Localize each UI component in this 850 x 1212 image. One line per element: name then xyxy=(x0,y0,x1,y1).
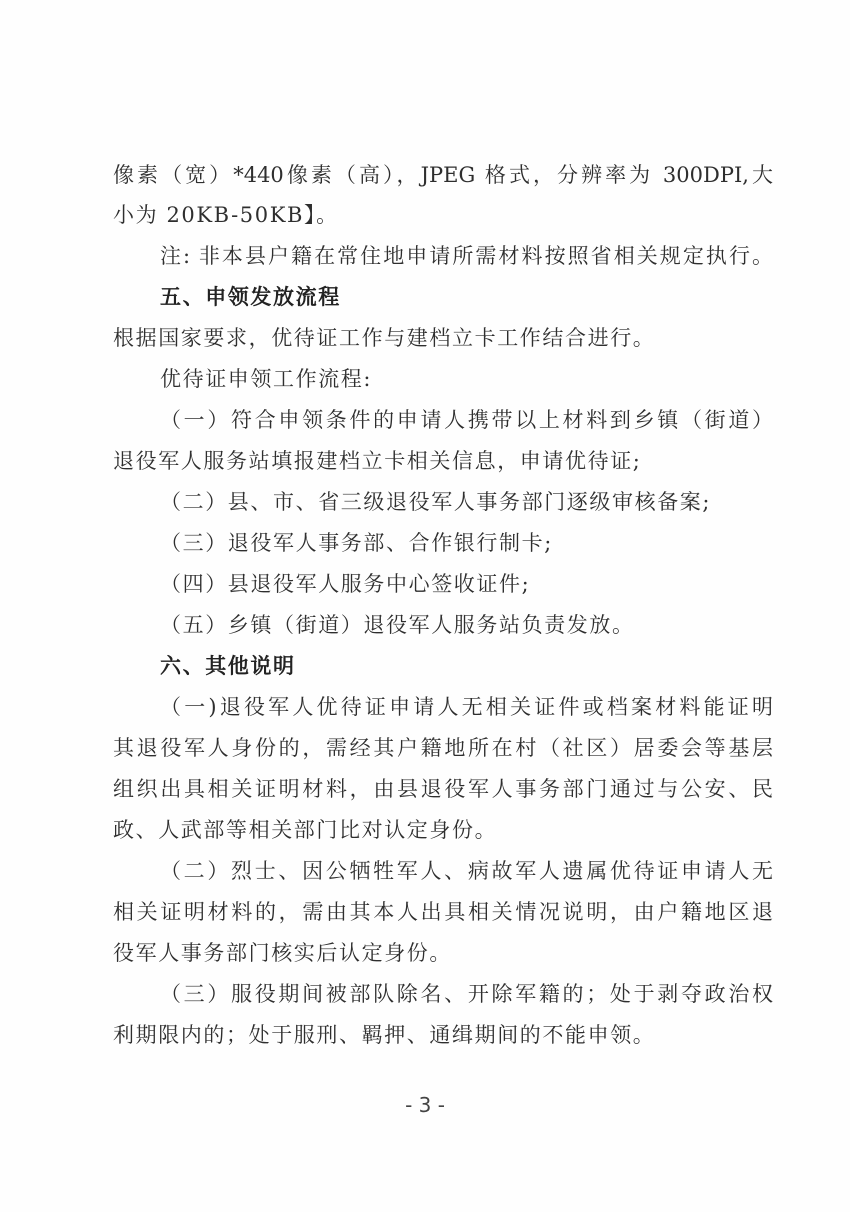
process-step-1-line-2: 退役军人服务站填报建档立卡相关信息，申请优待证; xyxy=(113,446,641,476)
note-1-line-2: 其退役军人身份的，需经其户籍地所在村（社区）居委会等基层 xyxy=(113,733,773,763)
residency-note: 注: 非本县户籍在常住地申请所需材料按照省相关规定执行。 xyxy=(160,241,773,271)
section5-intro: 根据国家要求，优待证工作与建档立卡工作结合进行。 xyxy=(113,323,655,353)
section-heading-application-process: 五、申领发放流程 xyxy=(160,282,341,312)
continuation-line-2: 小为 20KB-50KB】。 xyxy=(113,200,339,230)
process-step-3: （三）退役军人事务部、合作银行制卡; xyxy=(160,528,553,558)
note-1-line-3: 组织出具相关证明材料，由县退役军人事务部门通过与公安、民 xyxy=(113,774,773,804)
continuation-line-1: 像素（宽）*440像素（高），JPEG 格式，分辨率为 300DPI,大 xyxy=(113,160,773,190)
process-step-4: （四）县退役军人服务中心签收证件; xyxy=(160,569,530,599)
section-heading-other-notes: 六、其他说明 xyxy=(160,651,296,681)
document-page: 像素（宽）*440像素（高），JPEG 格式，分辨率为 300DPI,大 小为 … xyxy=(0,0,850,1212)
note-3-line-2: 利期限内的；处于服刑、羁押、通缉期间的不能申领。 xyxy=(113,1020,655,1050)
note-1-line-4: 政、人武部等相关部门比对认定身份。 xyxy=(113,815,497,845)
note-3-line-1: （三）服役期间被部队除名、开除军籍的；处于剥夺政治权 xyxy=(160,979,773,1009)
note-2-line-3: 役军人事务部门核实后认定身份。 xyxy=(113,938,452,968)
process-step-1-line-1: （一）符合申领条件的申请人携带以上材料到乡镇（街道） xyxy=(160,405,773,435)
note-2-line-1: （二）烈士、因公牺牲军人、病故军人遗属优待证申请人无 xyxy=(160,856,773,886)
page-number: - 3 - xyxy=(0,1093,850,1117)
process-step-5: （五）乡镇（街道）退役军人服务站负责发放。 xyxy=(160,610,635,640)
process-step-2: （二）县、市、省三级退役军人事务部门逐级审核备案; xyxy=(160,487,711,517)
note-1-line-1: （一)退役军人优待证申请人无相关证件或档案材料能证明 xyxy=(160,692,773,722)
note-2-line-2: 相关证明材料的，需由其本人出具相关情况说明，由户籍地区退 xyxy=(113,897,773,927)
process-title: 优待证申领工作流程: xyxy=(160,364,372,394)
